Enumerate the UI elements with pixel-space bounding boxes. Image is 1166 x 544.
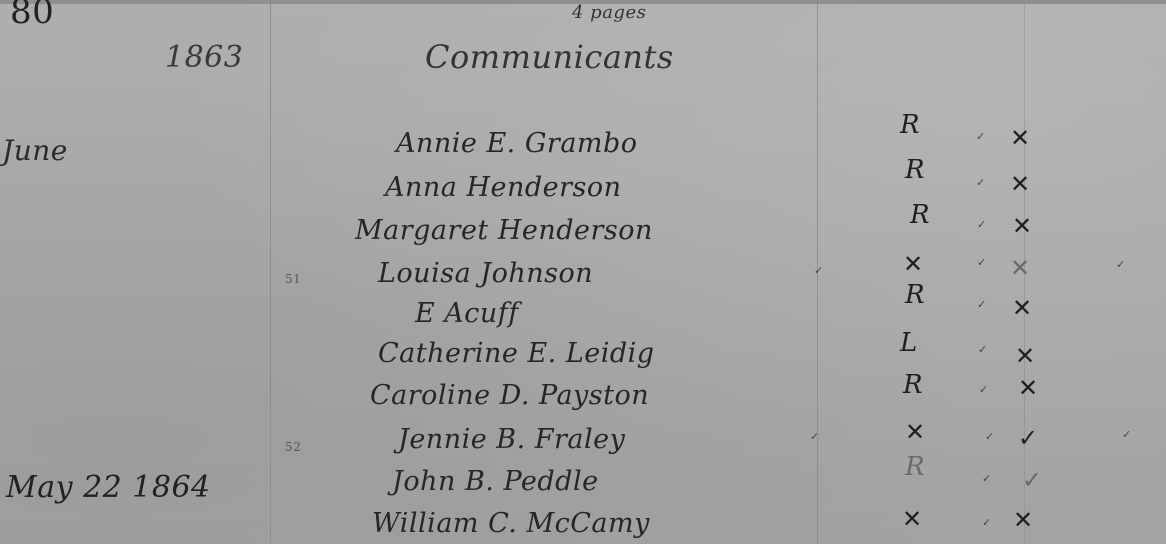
check-icon: ✓ <box>982 516 991 529</box>
mark-col1: R <box>903 370 923 400</box>
mark-col1: R <box>905 155 925 185</box>
mark-col1: R <box>905 452 925 482</box>
check-icon: ✓ <box>978 343 987 356</box>
check-icon: ✓ <box>976 130 985 143</box>
mark-col1: R <box>910 200 930 230</box>
entry-name: William C. McCamy <box>372 508 650 539</box>
check-icon: ✓ <box>814 264 823 277</box>
cross-icon: ✕ <box>1010 170 1030 198</box>
check-icon: ✓ <box>1022 466 1042 494</box>
margin-note: 4 pages <box>572 2 646 23</box>
entry-name: Catherine E. Leidig <box>378 338 655 369</box>
check-icon: ✓ <box>977 298 986 311</box>
check-icon: ✓ <box>810 430 819 443</box>
mark-col1: ✕ <box>902 505 922 533</box>
cross-icon: ✕ <box>1013 506 1033 534</box>
check-icon: ✓ <box>979 383 988 396</box>
entry-name: E Acuff <box>415 298 519 329</box>
column-rule-date <box>270 0 271 544</box>
check-icon: ✓ <box>1116 258 1125 271</box>
date-june: June <box>2 134 68 167</box>
entry-name: Caroline D. Payston <box>370 380 649 411</box>
cross-icon: ✕ <box>1015 342 1035 370</box>
entry-name: Louisa Johnson <box>378 258 593 289</box>
cross-icon: ✕ <box>1018 374 1038 402</box>
check-icon: ✓ <box>982 472 991 485</box>
check-icon: ✓ <box>1122 428 1131 441</box>
entry-name: Margaret Henderson <box>355 215 653 246</box>
page-title: Communicants <box>425 38 674 76</box>
check-icon: ✓ <box>977 218 986 231</box>
mark-col1: L <box>900 328 917 358</box>
year-heading: 1863 <box>165 40 243 75</box>
margin-number-51: 51 <box>285 272 301 286</box>
date-may-1864: May 22 1864 <box>6 470 211 505</box>
register-page: 80 1863 4 pages Communicants June May 22… <box>0 0 1166 544</box>
check-icon: ✓ <box>1018 424 1038 452</box>
cross-icon: ✕ <box>1010 124 1030 152</box>
cross-icon: ✕ <box>1012 212 1032 240</box>
cross-icon: ✕ <box>1012 294 1032 322</box>
cross-icon: ✕ <box>1010 254 1030 282</box>
entry-name: Anna Henderson <box>385 172 622 203</box>
margin-number-52: 52 <box>285 440 301 454</box>
page-number: 80 <box>10 0 54 32</box>
entry-name: Annie E. Grambo <box>396 128 638 159</box>
entry-name: Jennie B. Fraley <box>398 424 625 455</box>
mark-col1: ✕ <box>905 418 925 446</box>
check-icon: ✓ <box>976 176 985 189</box>
check-icon: ✓ <box>985 430 994 443</box>
mark-col1: ✕ <box>903 250 923 278</box>
check-icon: ✓ <box>977 256 986 269</box>
mark-col1: R <box>905 280 925 310</box>
mark-col1: R <box>900 110 920 140</box>
entry-name: John B. Peddle <box>392 466 599 497</box>
